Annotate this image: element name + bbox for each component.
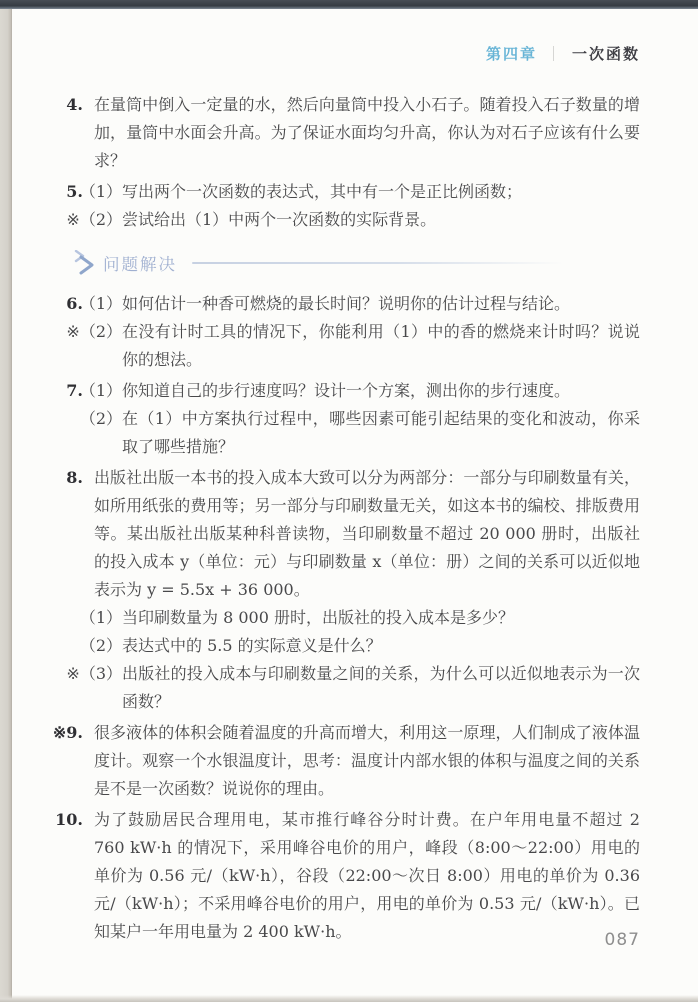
problem-number: 4.: [66, 91, 94, 119]
problem-item-4: 4. 在量筒中倒入一定量的水，然后向量筒中投入小石子。随着投入石子数量的增加，量…: [68, 91, 640, 175]
problem-number: 8.: [66, 464, 94, 492]
sub-question-marker: （1）: [80, 377, 122, 405]
book-page: 第四章｜一次函数 4. 在量筒中倒入一定量的水，然后向量筒中投入小石子。随着投入…: [0, 0, 698, 1002]
sub-question: （1） 你知道自己的步行速度吗？设计一个方案，测出你的步行速度。: [94, 377, 640, 405]
page-number: 087: [605, 930, 640, 950]
sub-question-text: 当印刷数量为 8 000 册时，出版社的投入成本是多少？: [122, 608, 514, 627]
sub-question-text: 写出两个一次函数的表达式，其中有一个是正比例函数；: [122, 182, 522, 201]
sub-question: （1） 当印刷数量为 8 000 册时，出版社的投入成本是多少？: [94, 604, 640, 632]
double-chevron-icon: [74, 250, 98, 276]
chapter-title: 一次函数: [572, 45, 640, 63]
sub-question-marker: （2）: [80, 632, 122, 660]
sub-question: ※（3） 出版社的投入成本与印刷数量之间的关系，为什么可以近似地表示为一次函数？: [94, 660, 640, 716]
sub-question-text: 出版社的投入成本与印刷数量之间的关系，为什么可以近似地表示为一次函数？: [122, 664, 640, 711]
sub-question-text: 在（1）中方案执行过程中，哪些因素可能引起结果的变化和波动，你采取了哪些措施？: [122, 409, 640, 456]
sub-question-marker: （1）: [80, 178, 122, 206]
problem-number: 10.: [55, 806, 94, 834]
problem-item-9: ※9. 很多液体的体积会随着温度的升高而增大，利用这一原理，人们制成了液体温度计…: [68, 719, 640, 803]
sub-question-marker: ※（2）: [66, 318, 122, 346]
sub-question-text: 表达式中的 5.5 的实际意义是什么？: [122, 636, 382, 655]
problem-text: 在量筒中倒入一定量的水，然后向量筒中投入小石子。随着投入石子数量的增加，量筒中水…: [94, 95, 640, 170]
sub-question-text: 在没有计时工具的情况下，你能利用（1）中的香的燃烧来计时吗？说说你的想法。: [122, 322, 640, 369]
sub-question: ※（2） 尝试给出（1）中两个一次函数的实际背景。: [94, 206, 640, 234]
sub-question-marker: （1）: [80, 604, 122, 632]
sub-question-marker: （1）: [80, 290, 122, 318]
sub-question: （2） 表达式中的 5.5 的实际意义是什么？: [94, 632, 640, 660]
section-heading: 问题解决: [74, 249, 640, 277]
problem-text: 很多液体的体积会随着温度的升高而增大，利用这一原理，人们制成了液体温度计。观察一…: [94, 723, 640, 798]
sub-question: （1） 写出两个一次函数的表达式，其中有一个是正比例函数；: [94, 178, 640, 206]
header-divider: ｜: [546, 45, 563, 63]
scan-top-edge: [0, 0, 698, 9]
problem-item-10: 10. 为了鼓励居民合理用电，某市推行峰谷分时计费。在户年用电量不超过 2 76…: [68, 806, 640, 946]
problem-text: 为了鼓励居民合理用电，某市推行峰谷分时计费。在户年用电量不超过 2 760 kW…: [94, 810, 640, 941]
sub-question: ※（2） 在没有计时工具的情况下，你能利用（1）中的香的燃烧来计时吗？说说你的想…: [94, 318, 640, 374]
sub-question-marker: ※（3）: [66, 660, 122, 688]
sub-question: （2） 在（1）中方案执行过程中，哪些因素可能引起结果的变化和波动，你采取了哪些…: [94, 405, 640, 461]
chapter-label: 第四章: [486, 45, 537, 63]
problem-text: 出版社出版一本书的投入成本大致可以分为两部分：一部分与印刷数量有关，如所用纸张的…: [94, 464, 640, 604]
sub-question-marker: （2）: [80, 405, 122, 433]
sub-question: （1） 如何估计一种香可燃烧的最长时间？说明你的估计过程与结论。: [94, 290, 640, 318]
section-heading-label: 问题解决: [103, 251, 177, 275]
problem-item-7: 7. （1） 你知道自己的步行速度吗？设计一个方案，测出你的步行速度。 （2） …: [68, 377, 640, 461]
problem-number: ※9.: [53, 719, 94, 747]
heading-rule: [192, 262, 564, 264]
chapter-header: 第四章｜一次函数: [68, 43, 640, 65]
sub-question-text: 尝试给出（1）中两个一次函数的实际背景。: [122, 210, 436, 229]
sub-question-text: 如何估计一种香可燃烧的最长时间？说明你的估计过程与结论。: [122, 294, 570, 313]
problem-item-8: 8. 出版社出版一本书的投入成本大致可以分为两部分：一部分与印刷数量有关，如所用…: [68, 464, 640, 716]
problem-item-5: 5. （1） 写出两个一次函数的表达式，其中有一个是正比例函数； ※（2） 尝试…: [68, 178, 640, 234]
page-content: 第四章｜一次函数 4. 在量筒中倒入一定量的水，然后向量筒中投入小石子。随着投入…: [0, 9, 698, 1002]
sub-question-text: 你知道自己的步行速度吗？设计一个方案，测出你的步行速度。: [122, 381, 570, 400]
problem-item-6: 6. （1） 如何估计一种香可燃烧的最长时间？说明你的估计过程与结论。 ※（2）…: [68, 290, 640, 374]
scan-binding-edge: [0, 9, 12, 1002]
scan-bottom-edge: [0, 995, 698, 1002]
sub-question-marker: ※（2）: [66, 206, 122, 234]
